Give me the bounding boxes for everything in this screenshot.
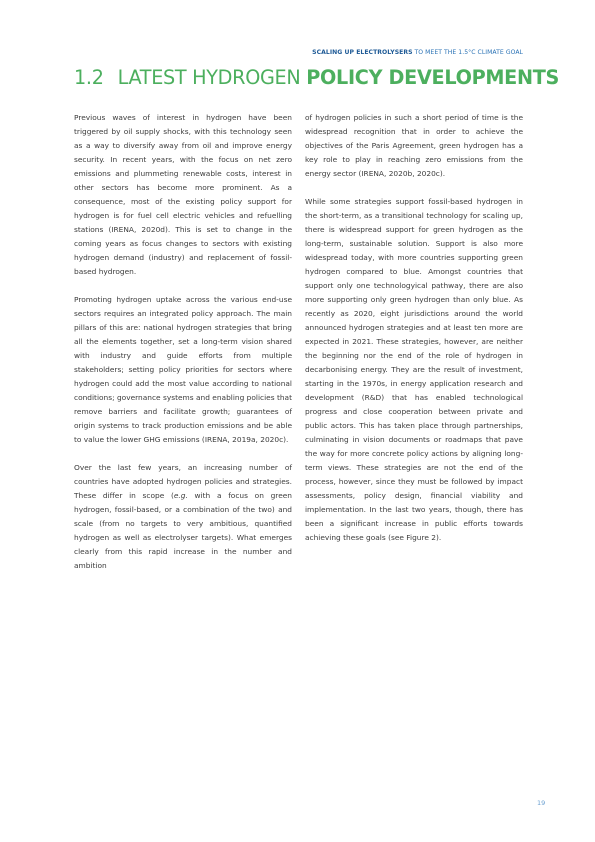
- running-header-bold: SCALING UP ELECTROLYSERS: [312, 49, 412, 56]
- paragraph: Over the last few years, an increasing n…: [74, 461, 292, 573]
- section-title-light: LATEST HYDROGEN: [118, 66, 307, 89]
- left-column: Previous waves of interest in hydrogen h…: [74, 111, 292, 587]
- paragraph: Previous waves of interest in hydrogen h…: [74, 111, 292, 279]
- page-number: 19: [537, 799, 545, 807]
- right-column: of hydrogen policies in such a short per…: [305, 111, 523, 559]
- paragraph-text: with a focus on green hydrogen, fossil-b…: [74, 491, 292, 570]
- running-header: SCALING UP ELECTROLYSERS TO MEET THE 1.5…: [312, 49, 523, 56]
- paragraph: While some strategies support fossil-bas…: [305, 195, 523, 545]
- paragraph: Promoting hydrogen uptake across the var…: [74, 293, 292, 447]
- paragraph: of hydrogen policies in such a short per…: [305, 111, 523, 181]
- section-title-bold: POLICY DEVELOPMENTS: [306, 66, 559, 89]
- paragraph-italic-text: e.g.: [174, 491, 188, 500]
- section-title: 1.2LATEST HYDROGEN POLICY DEVELOPMENTS: [74, 66, 559, 89]
- running-header-rest: TO MEET THE 1.5°C CLIMATE GOAL: [413, 49, 523, 56]
- section-number: 1.2: [74, 66, 104, 89]
